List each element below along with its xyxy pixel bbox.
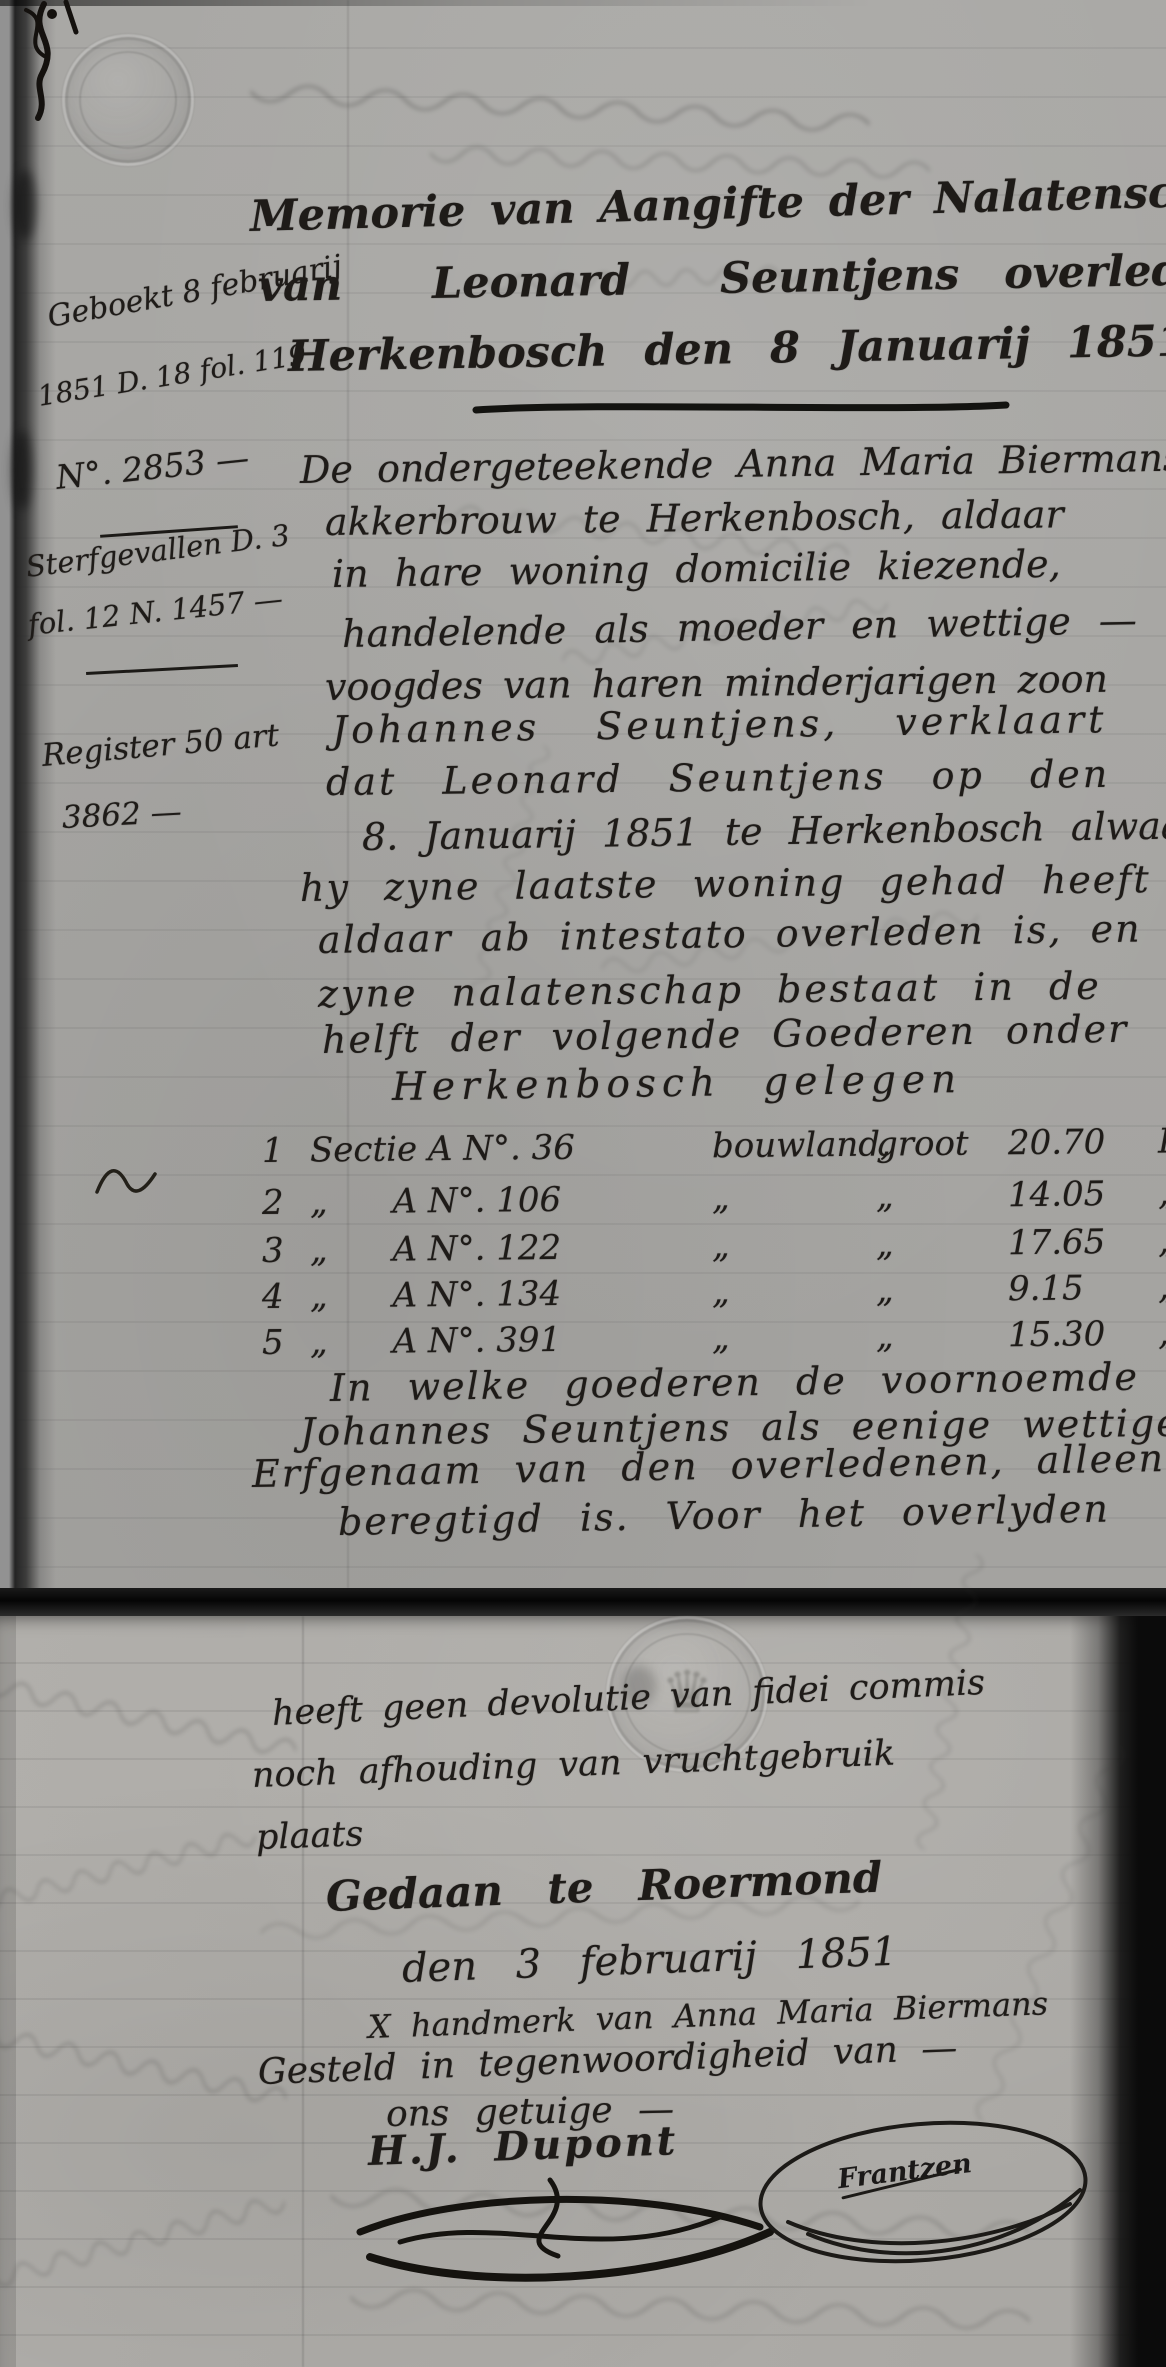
body-line: Herkenbosch gelegen: [392, 1057, 963, 1110]
body-line: akkerbrouw te Herkenbosch, aldaar: [325, 492, 1064, 544]
page-left-edge-shadow: [0, 1616, 16, 2367]
row-unit: „: [1158, 1313, 1166, 1354]
row-number: 3: [262, 1231, 310, 1272]
registrar-signature-oval: Frantzen: [748, 2112, 1098, 2272]
body-line: dat Leonard Seuntjens op den: [326, 752, 1111, 804]
row-section: Sectie A N°. 36: [310, 1126, 712, 1170]
row-section: „ A N°. 391: [310, 1318, 712, 1362]
row-landtype: „: [712, 1317, 876, 1359]
row-size-label: groot: [876, 1123, 1008, 1164]
gutter-ink-blotch: [14, 170, 36, 240]
body-line: hy zyne laatste woning gehad heeft: [300, 857, 1151, 910]
row-area: 9.15: [1008, 1268, 1158, 1310]
row-number: 1: [262, 1131, 310, 1172]
row-area: 17.65: [1008, 1222, 1158, 1264]
row-landtype: bouwland,: [712, 1125, 876, 1167]
row-size-label: „: [876, 1175, 1008, 1216]
margin-note-register: 3862 —: [61, 794, 182, 836]
row-unit: „: [1158, 1221, 1166, 1262]
row-area: 14.05: [1008, 1174, 1158, 1216]
row-number: 4: [262, 1277, 310, 1318]
row-landtype: „: [712, 1177, 876, 1219]
row-size-label: „: [876, 1269, 1008, 1310]
corner-ink-flourish: [8, 0, 108, 130]
gutter-ink-blotch: [12, 430, 32, 510]
row-size-label: „: [876, 1315, 1008, 1356]
row-unit: „: [1158, 1173, 1166, 1214]
row-unit: Rn: [1158, 1121, 1166, 1162]
body-line: plaats: [255, 1814, 364, 1858]
row-section: „ A N°. 106: [310, 1178, 712, 1222]
margin-paraph: [92, 1150, 162, 1220]
heading-rule: [474, 400, 1014, 416]
row-area: 15.30: [1008, 1314, 1158, 1356]
row-section: „ A N°. 134: [310, 1272, 712, 1316]
row-area: 20.70: [1008, 1122, 1158, 1164]
page-top-edge-shadow: [0, 0, 1166, 6]
scan-fragment-separator: [0, 1588, 1166, 1616]
row-size-label: „: [876, 1223, 1008, 1264]
row-number: 2: [262, 1183, 310, 1224]
row-number: 5: [262, 1323, 310, 1364]
row-section: „ A N°. 122: [310, 1226, 712, 1270]
row-landtype: „: [712, 1271, 876, 1313]
scanned-archive-document: Geboekt 8 februarij 1851 D. 18 fol. 119 …: [0, 0, 1166, 2367]
row-landtype: „: [712, 1225, 876, 1267]
signature-flourish: [340, 2172, 780, 2302]
row-unit: „: [1158, 1267, 1166, 1308]
